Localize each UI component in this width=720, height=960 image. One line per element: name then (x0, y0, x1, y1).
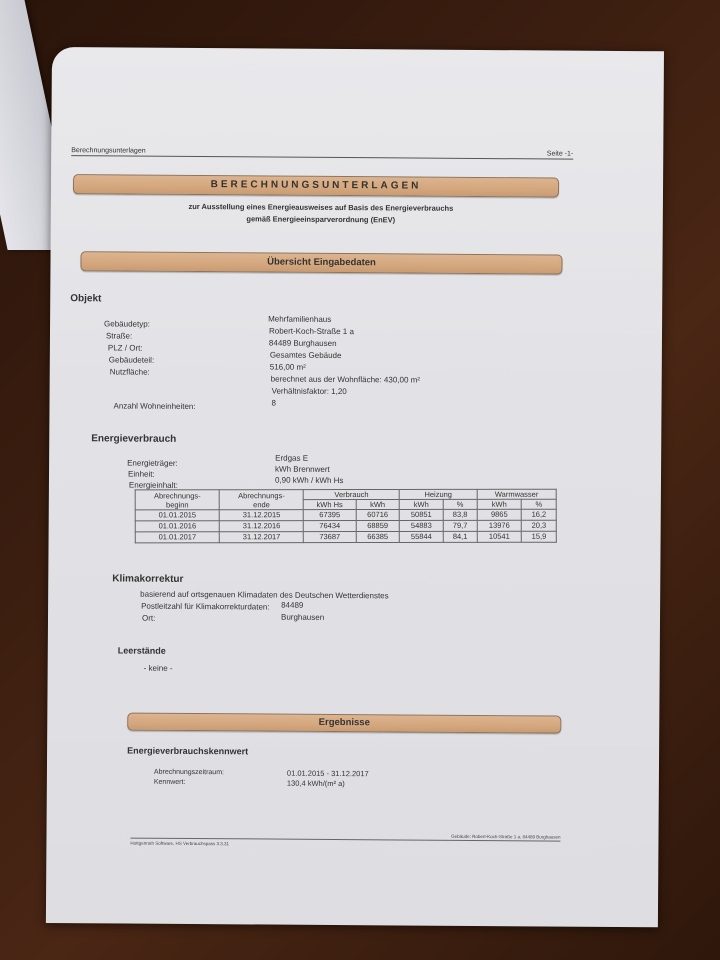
cell-heizung-kwh: 55844 (399, 531, 443, 542)
cell-verbrauch-kwh: 66385 (356, 531, 400, 542)
th-warmwasser-pct: % (522, 499, 557, 509)
cell-heizung-pct: 79,7 (443, 520, 477, 531)
th-verbrauch-kwh: kWh (356, 499, 400, 509)
th-abrechnungsende: Abrechnungs-ende (219, 490, 303, 510)
cell-ww-kwh: 10541 (477, 531, 522, 542)
page-header: Berechnungsunterlagen Seite -1- (71, 143, 573, 160)
table-row: 01.01.2017 31.12.2017 73687 66385 55844 … (135, 531, 556, 543)
label-strasse: Straße: (106, 330, 132, 343)
cell-beginn: 01.01.2017 (135, 532, 219, 543)
value-gebaeudeteil: Gesamtes Gebäude (270, 350, 342, 363)
th-warmwasser: Warmwasser (477, 489, 556, 499)
cell-heizung-pct: 84,1 (443, 531, 477, 542)
th-heizung: Heizung (399, 489, 477, 499)
cell-ende: 31.12.2016 (219, 521, 303, 532)
th-warmwasser-kwh: kWh (477, 499, 522, 509)
cell-verbrauch-kwh: 60716 (356, 509, 400, 520)
label-wohneinheiten: Anzahl Wohneinheiten: (113, 400, 195, 413)
th-heizung-kwh: kWh (399, 499, 443, 509)
cell-verbrauch-kwh: 68859 (356, 520, 400, 531)
document-title-banner: BERECHNUNGSUNTERLAGEN (73, 174, 559, 197)
value-kennwert: 130,4 kWh/(m² a) (287, 778, 345, 791)
cell-heizung-pct: 83,8 (443, 509, 477, 520)
results-banner: Ergebnisse (127, 713, 561, 734)
cell-ww-pct: 20,3 (522, 520, 557, 531)
cell-verbrauch-hs: 76434 (304, 521, 356, 532)
section-heading-kennwert: Energieverbrauchskennwert (127, 746, 248, 757)
value-gebaeudetyp: Mehrfamilienhaus (268, 314, 331, 327)
cell-ende: 31.12.2017 (219, 532, 303, 543)
cell-beginn: 01.01.2016 (135, 521, 219, 532)
cell-ww-kwh: 9865 (477, 509, 522, 520)
cell-ww-pct: 16,2 (522, 509, 557, 520)
footer-software: Hottgenroth Software, HS Verbrauchspass … (130, 841, 229, 847)
label-gebaeudetyp: Gebäudetyp: (104, 318, 150, 331)
th-verbrauch: Verbrauch (304, 489, 400, 499)
page-number: Seite -1- (547, 150, 574, 157)
cell-heizung-kwh: 50851 (399, 509, 443, 520)
th-heizung-pct: % (443, 499, 477, 509)
header-title: Berechnungsunterlagen (71, 147, 145, 155)
overview-banner: Übersicht Eingabedaten (80, 251, 562, 274)
document-subtitle: zur Ausstellung eines Energieausweises a… (111, 200, 531, 227)
label-plz-ort: PLZ / Ort: (108, 342, 143, 355)
cell-ende: 31.12.2015 (219, 510, 303, 521)
cell-heizung-kwh: 54883 (399, 520, 443, 531)
value-klima-ort: Burghausen (281, 612, 324, 625)
th-verbrauch-kwh-hs: kWh Hs (304, 500, 356, 510)
value-nutzflaeche: 516,00 m² (270, 362, 306, 375)
document-page: Berechnungsunterlagen Seite -1- BERECHNU… (46, 47, 664, 927)
cell-ww-pct: 15,9 (522, 531, 557, 542)
cell-verbrauch-hs: 67395 (304, 510, 356, 521)
page-footer: Hottgenroth Software, HS Verbrauchspass … (130, 838, 560, 852)
label-gebaeudeteil: Gebäudeteil: (109, 354, 154, 367)
th-abrechnungsbeginn: Abrechnungs-beginn (135, 490, 219, 510)
value-klima-plz: 84489 (281, 600, 303, 613)
section-heading-leerstaende: Leerstände (118, 645, 166, 655)
cell-ww-kwh: 13976 (477, 520, 522, 531)
value-leerstaende: - keine - (144, 663, 173, 676)
cell-verbrauch-hs: 73687 (304, 532, 356, 543)
label-klima-ort: Ort: (142, 613, 155, 626)
section-heading-energieverbrauch: Energieverbrauch (91, 433, 176, 445)
consumption-table: Abrechnungs-beginn Abrechnungs-ende Verb… (135, 489, 557, 544)
label-klima-plz: Postleitzahl für Klimakorrekturdaten: (141, 601, 270, 614)
label-kennwert: Kennwert: (154, 777, 186, 790)
table-row: 01.01.2016 31.12.2016 76434 68859 54883 … (135, 520, 556, 532)
value-energieinhalt: 0,90 kWh / kWh Hs (275, 475, 344, 488)
table-row: 01.01.2015 31.12.2015 67395 60716 50851 … (135, 509, 556, 521)
value-wohneinheiten: 8 (271, 398, 276, 411)
value-plz-ort: 84489 Burghausen (269, 338, 337, 351)
section-heading-klimakorrektur: Klimakorrektur (112, 573, 183, 584)
nutzflaeche-note-faktor: Verhältnisfaktor: 1,20 (272, 386, 347, 399)
section-heading-objekt: Objekt (70, 293, 101, 304)
footer-building: Gebäude: Robert-Koch-Straße 1 a, 84489 B… (451, 834, 560, 840)
subtitle-line-2: gemäß Energieeinsparverordnung (EnEV) (111, 212, 531, 227)
cell-beginn: 01.01.2015 (135, 510, 219, 521)
label-nutzflaeche: Nutzfläche: (110, 366, 150, 379)
